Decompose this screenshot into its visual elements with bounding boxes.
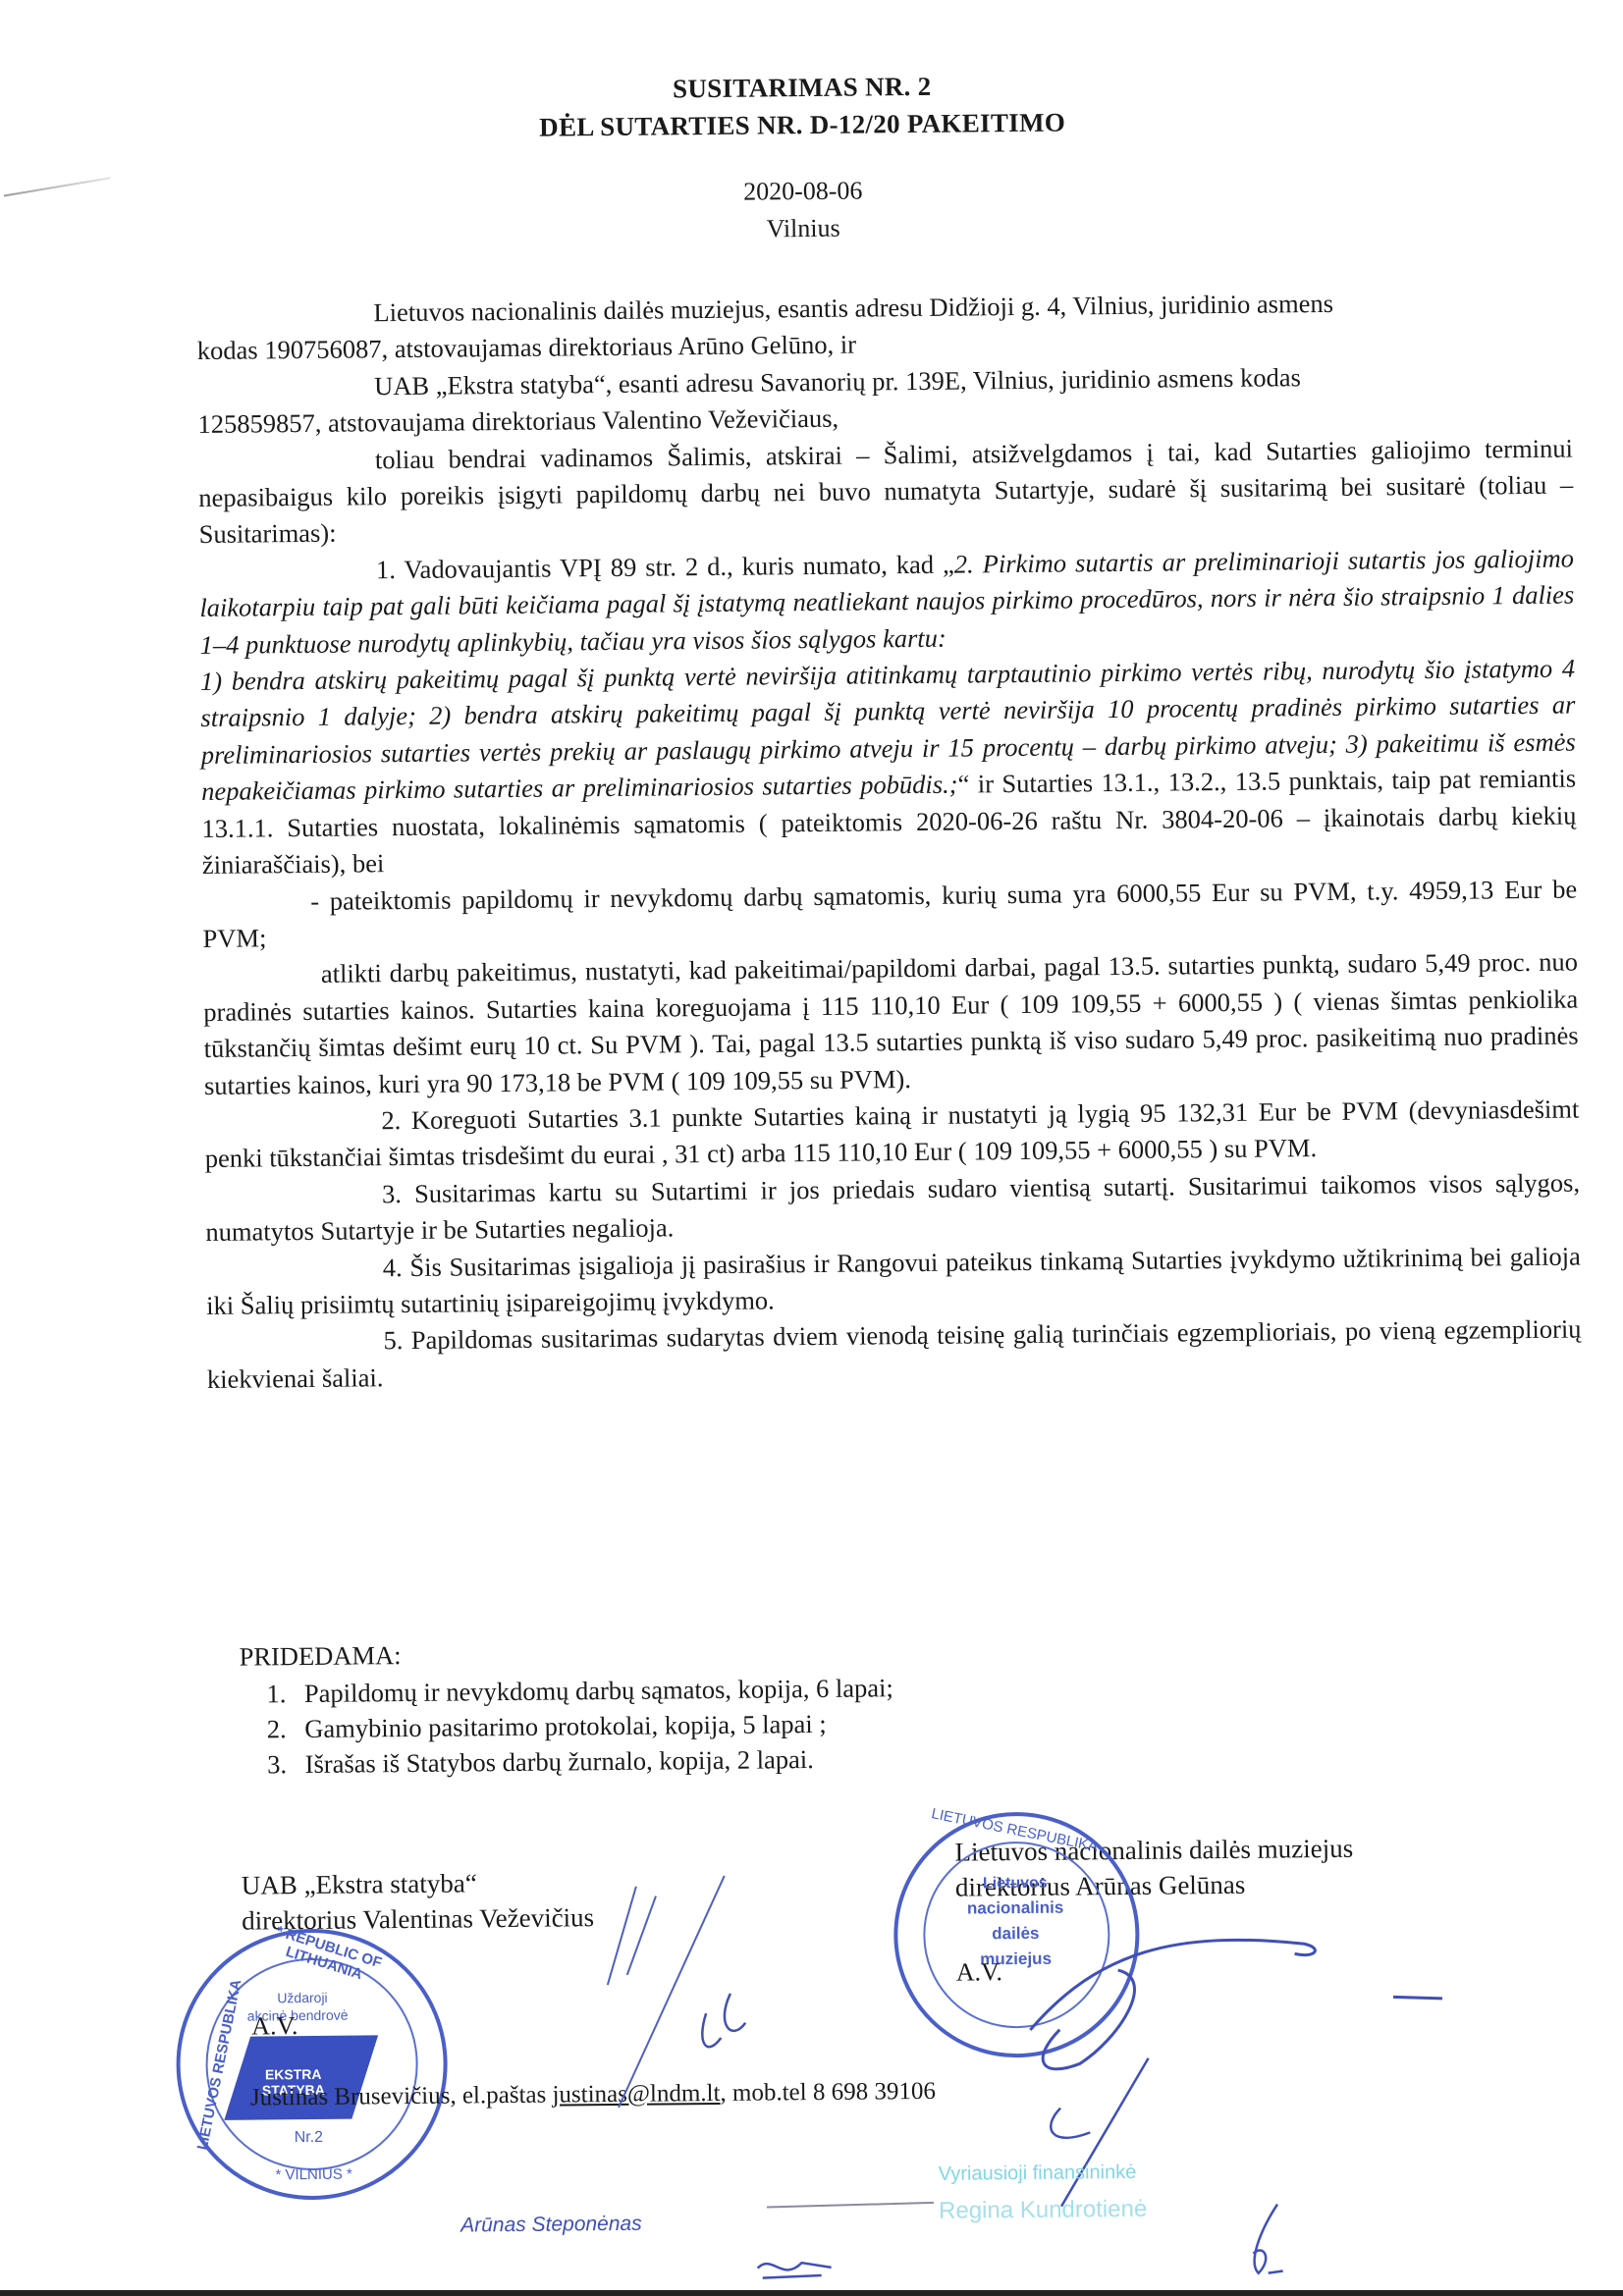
scan-bottom-edge	[0, 2290, 1623, 2296]
contact-phone: 8 698 39106	[813, 2078, 936, 2106]
clause-2: 2. Koreguoti Sutarties 3.1 punkte Sutart…	[204, 1091, 1580, 1177]
finance-name: Regina Kundrotienė	[939, 2196, 1147, 2225]
clause-1-dash: - pateiktomis papildomų ir nevykdomų dar…	[202, 871, 1578, 957]
contractor-company: UAB „Ekstra statyba“	[242, 1864, 594, 1902]
attachments-list: Papildomų ir nevykdomų darbų sąmatos, ko…	[240, 1670, 894, 1782]
stamp-number: Nr.2	[269, 2129, 348, 2148]
finance-title: Vyriausioji finansininkė	[939, 2162, 1137, 2186]
stamp-ring-bottom: * VILNIUS *	[241, 2165, 388, 2183]
document-date: 2020-08-06	[0, 169, 1614, 214]
initials-mark	[1238, 2204, 1298, 2283]
clause-5: 5. Papildomas susitarimas sudarytas dvie…	[206, 1311, 1582, 1398]
contractor-seal-label: A.V.	[251, 2011, 298, 2041]
clause-1-decision: atlikti darbų pakeitimus, nustatyti, kad…	[203, 944, 1579, 1104]
attachment-item: Išrašas iš Statybos darbų žurnalo, kopij…	[293, 1740, 893, 1782]
clause-4: 4. Šis Susitarimas įsigalioja jį pasiraš…	[206, 1238, 1582, 1324]
clause-1-conditions-block: 1) bendra atskirų pakeitimų pagal šį pun…	[200, 651, 1577, 884]
clause-1-lead: 1. Vadovaujantis VPĮ 89 str. 2 d., kuris…	[376, 549, 954, 584]
stamp-center-line1: Uždaroji	[248, 1990, 356, 2006]
attachments: PRIDEDAMA: Papildomų ir nevykdomų darbų …	[239, 1632, 893, 1782]
contractor-stamp: * REPUBLIC OF LITHUANIA LIETUVOS RESPUBL…	[175, 1928, 449, 2202]
stamp-center-line1: Lietuvos	[956, 1875, 1074, 1894]
approval-scribble	[752, 2248, 840, 2288]
clause-3: 3. Susitarimas kartu su Sutartimi ir jos…	[205, 1164, 1581, 1251]
attachment-item: Papildomų ir nevykdomų darbų sąmatos, ko…	[293, 1670, 893, 1711]
preamble: toliau bendrai vadinamos Šalimis, atskir…	[198, 430, 1574, 554]
attachment-item: Gamybinio pasitarimo protokolai, kopija,…	[293, 1705, 893, 1746]
signature-line	[767, 2200, 934, 2212]
document-subtitle: DĖL SUTARTIES NR. D-12/20 PAKEITIMO	[0, 102, 1614, 148]
document-body: Lietuvos nacionalinis dailės muziejus, e…	[196, 284, 1582, 1399]
clause-1: 1. Vadovaujantis VPĮ 89 str. 2 d., kuris…	[199, 540, 1575, 664]
client-seal-label: A.V.	[956, 1957, 1002, 1987]
contractor-signature	[558, 1876, 756, 2113]
stamp-logo-line1: EKSTRA	[240, 2066, 348, 2083]
document-city: Vilnius	[0, 206, 1615, 251]
contact-name: Justinas Brusevičius	[250, 2083, 451, 2111]
document-page: SUSITARIMAS NR. 2 DĖL SUTARTIES NR. D-12…	[0, 0, 1623, 2296]
attachments-heading: PRIDEDAMA:	[239, 1632, 893, 1674]
reviewer-name: Arūnas Steponėnas	[460, 2213, 642, 2238]
contact-email-label: el.paštas	[462, 2082, 547, 2109]
